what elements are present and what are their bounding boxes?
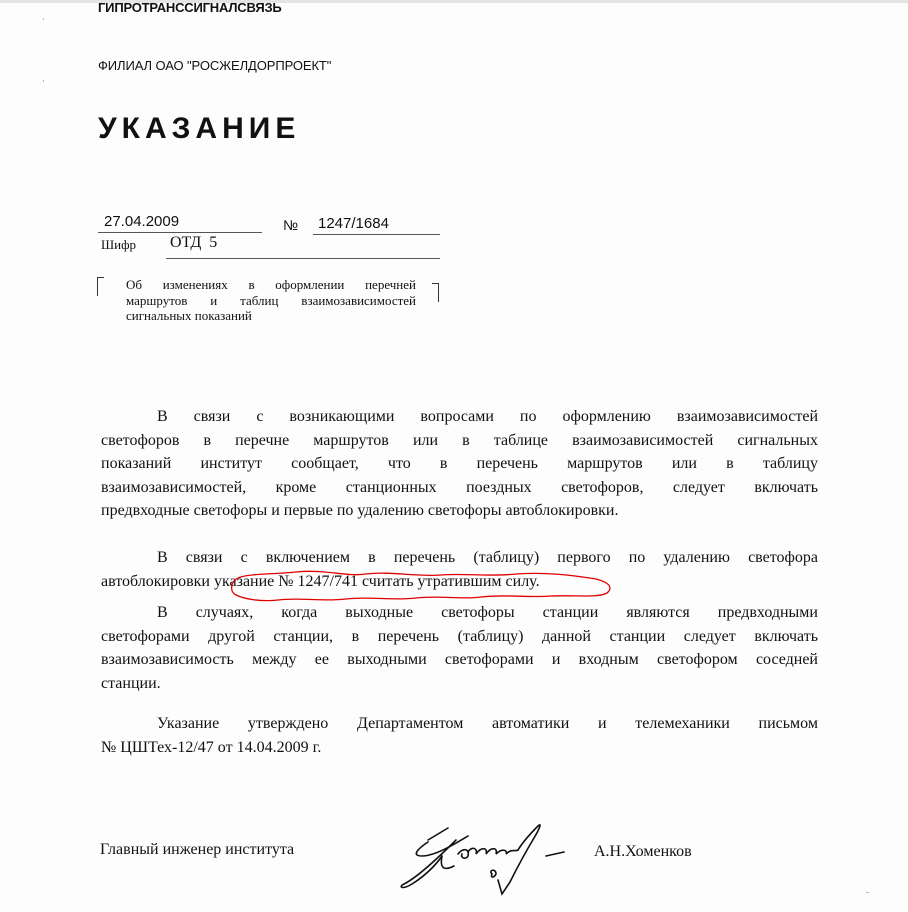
- branch-name: ФИЛИАЛ ОАО "РОСЖЕЛДОРПРОЕКТ": [98, 58, 331, 73]
- text-line: В случаях, когда выходные светофоры стан…: [101, 601, 818, 625]
- text-line: светофоров в перечне маршрутов или в таб…: [101, 429, 818, 453]
- paragraph-4: Указание утверждено Департаментом автома…: [101, 712, 818, 759]
- scan-speck: [866, 892, 869, 893]
- document-number: 1247/1684: [318, 215, 389, 232]
- document-date: 27.04.2009: [104, 213, 179, 230]
- number-underline: [313, 234, 440, 235]
- subject-bracket-right: [432, 283, 439, 302]
- handwritten-signature: [398, 822, 588, 902]
- text-line: взаимозависимостей, кроме станционных по…: [101, 476, 818, 500]
- shifr-underline: [166, 258, 440, 259]
- text-line: показаний институт сообщает, что в переч…: [101, 452, 818, 476]
- subject-line: Об изменениях в оформлении перечней: [126, 277, 416, 293]
- text-line: В связи с возникающими вопросами по офор…: [101, 405, 818, 429]
- signatory-title: Главный инженер института: [100, 841, 294, 859]
- date-underline: [98, 232, 262, 233]
- subject-line: сигнальных показаний: [126, 308, 416, 324]
- scan-speck: [43, 18, 44, 20]
- document-subject: Об изменениях в оформлении перечней марш…: [126, 277, 416, 324]
- subject-bracket-left: [97, 277, 104, 296]
- text-line: предвходные светофоры и первые по удален…: [101, 499, 818, 523]
- text-line: взаимозависимость между ее выходными све…: [101, 648, 818, 672]
- signatory-name: А.Н.Хоменков: [594, 843, 692, 861]
- document-title: УКАЗАНИЕ: [98, 112, 300, 146]
- subject-line: маршрутов и таблиц взаимозависимостей: [126, 293, 416, 309]
- shifr-value: ОТД 5: [170, 234, 217, 252]
- scan-speck: [43, 80, 44, 82]
- shifr-label: Шифр: [101, 237, 136, 253]
- number-sign: №: [283, 217, 298, 233]
- organization-name: ГИПРОТРАНССИГНАЛСВЯЗЬ: [98, 0, 282, 15]
- text-line: станции.: [101, 672, 818, 696]
- text-line: № ЦШТех-12/47 от 14.04.2009 г.: [101, 736, 818, 760]
- text-line: Указание утверждено Департаментом автома…: [101, 712, 818, 736]
- paragraph-3: В случаях, когда выходные светофоры стан…: [101, 601, 818, 695]
- text-line: светофорами другой станции, в перечень (…: [101, 625, 818, 649]
- paragraph-1: В связи с возникающими вопросами по офор…: [101, 405, 818, 523]
